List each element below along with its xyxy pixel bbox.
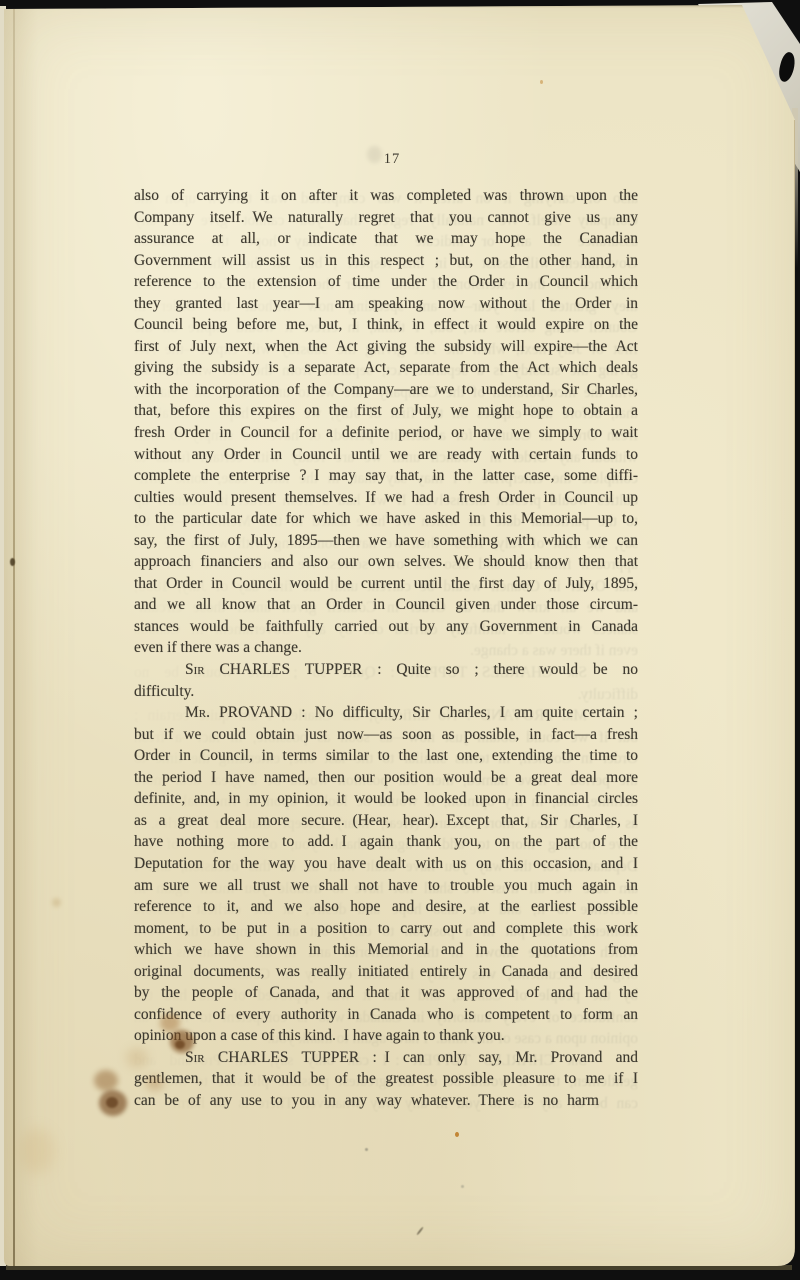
text-line: moment, to be put in a position to carry…	[134, 918, 638, 940]
text-line: assurance at all, or indicate that we ma…	[134, 228, 638, 250]
text-line: reference to it, and we also hope and de…	[134, 896, 638, 918]
text-line: to the particular date for which we have…	[134, 508, 638, 530]
text-line: Order in Council, in terms similar to th…	[134, 745, 638, 767]
speaker-name: Sir	[185, 661, 205, 678]
text-line: opinion upon a case of this kind. I have…	[134, 1025, 638, 1047]
text-line: the period I have named, then our positi…	[134, 767, 638, 789]
text-line: Sir CHARLES TUPPER : Quite so ; there wo…	[134, 659, 638, 681]
speaker-name: Mr.	[185, 704, 210, 721]
text-line: stances would be faithfully carried out …	[134, 616, 638, 638]
text-line: Government will assist us in this respec…	[134, 250, 638, 272]
text-line: difficulty.	[134, 681, 638, 703]
text-line: Council being before me, but, I think, i…	[134, 314, 638, 336]
page-text: also of carrying it on after it was comp…	[134, 185, 638, 1112]
text-line: they granted last year—I am speaking now…	[134, 293, 638, 315]
text-line: even if there was a change.	[134, 637, 638, 659]
scanned-page-photo: also of carrying it on after it was comp…	[0, 0, 800, 1280]
text-line: gentlemen, that it would be of the great…	[134, 1068, 638, 1090]
text-line: culties would present themselves. If we …	[134, 487, 638, 509]
text-line: first of July next, when the Act giving …	[134, 336, 638, 358]
text-line: original documents, was really initiated…	[134, 961, 638, 983]
text-line: that, before this expires on the first o…	[134, 400, 638, 422]
text-line: am sure we all trust we shall not have t…	[134, 875, 638, 897]
text-line: also of carrying it on after it was comp…	[134, 185, 638, 207]
page-number: 17	[138, 151, 646, 168]
text-line: without any Order in Council until we ar…	[134, 444, 638, 466]
text-line: complete the enterprise ? I may say that…	[134, 465, 638, 487]
text-line: reference to the extension of time under…	[134, 271, 638, 293]
book-page: also of carrying it on after it was comp…	[4, 5, 797, 1266]
text-line: approach financiers and also our own sel…	[134, 551, 638, 573]
text-line: Company itself. We naturally regret that…	[134, 207, 638, 229]
text-line: by the people of Canada, and that it was…	[134, 982, 638, 1004]
text-line: that Order in Council would be current u…	[134, 573, 638, 595]
text-line: fresh Order in Council for a definite pe…	[134, 422, 638, 444]
text-line: Deputation for the way you have dealt wi…	[134, 853, 638, 875]
text-line: can be of any use to you in any way what…	[134, 1090, 599, 1112]
text-line: definite, and, in my opinion, it would b…	[134, 788, 638, 810]
text-line: which we have shown in this Memorial and…	[134, 939, 638, 961]
text-line: Mr. PROVAND : No difficulty, Sir Charles…	[134, 702, 638, 724]
text-line: but if we could obtain just now—as soon …	[134, 724, 638, 746]
text-line: as a great deal more secure. (Hear, hear…	[134, 810, 638, 832]
text-line: say, the first of July, 1895—then we hav…	[134, 530, 638, 552]
text-line: and we all know that an Order in Council…	[134, 594, 638, 616]
text-line: have nothing more to add. I again thank …	[134, 831, 638, 853]
page-right-edge-line	[794, 120, 796, 1262]
speaker-name: Sir	[185, 1049, 205, 1066]
text-line: giving the subsidy is a separate Act, se…	[134, 357, 638, 379]
text-line: Sir CHARLES TUPPER : I can only say, Mr.…	[134, 1047, 638, 1069]
text-line: confidence of every authority in Canada …	[134, 1004, 638, 1026]
text-line: with the incorporation of the Company—ar…	[134, 379, 638, 401]
page-crease-line	[13, 5, 15, 1266]
